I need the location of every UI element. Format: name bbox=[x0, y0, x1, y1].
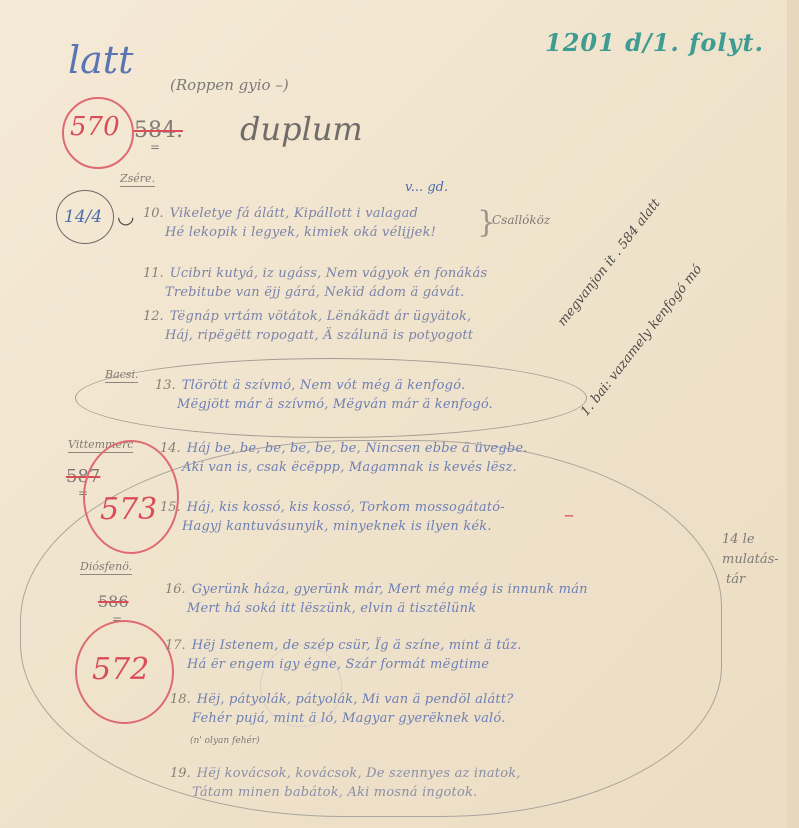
double-underline: = bbox=[150, 140, 160, 154]
verse-12: 12.Tëgnáp vrtám vötátok, Lënákädt ár ügy… bbox=[143, 305, 473, 343]
verse-16: 16.Gyerünk háza, gyerünk már, Mert még m… bbox=[165, 578, 588, 616]
right-margin-note: 14 le mulatás- tár bbox=[722, 530, 779, 590]
circled-number-573: 573 bbox=[100, 492, 157, 527]
crossed-number-586: 586 bbox=[98, 592, 129, 611]
top-left-note: latt bbox=[68, 38, 133, 82]
verse-11: 11.Ucibri kutyá, iz ugáss, Nem vágyok én… bbox=[143, 262, 487, 300]
verse-15: 15.Háj, kis kossó, kis kossó, Torkom mos… bbox=[160, 496, 505, 534]
circled-number: 570 bbox=[70, 112, 120, 142]
smile-mark: ◡ bbox=[117, 204, 134, 228]
duplum-note: duplum bbox=[240, 110, 363, 148]
section-label-zsere: Zsére. bbox=[120, 172, 155, 187]
verse-18: 18.Hëj, pátyolák, pátyolák, Mi van ä pen… bbox=[170, 688, 513, 726]
section-label-diosfeno: Diósfenö. bbox=[80, 560, 132, 575]
verse-18-aside: (n' olyan fehér) bbox=[190, 736, 260, 746]
red-dash-mark: – bbox=[564, 502, 574, 526]
verse-14: 14.Háj be, be, be, be, be, be, Nincsen e… bbox=[160, 437, 528, 475]
note-above: v... gd. bbox=[405, 180, 448, 195]
verse-10: 10.Vikeletye fá álátt, Kipállott i valag… bbox=[143, 202, 436, 240]
verse-19: 19.Hëj kovácsok, kovácsok, De szennyes a… bbox=[170, 762, 521, 800]
section-label-bacsi: Bacsi. bbox=[105, 368, 138, 383]
parenthetical-note: (Roppen gyio –) bbox=[170, 76, 289, 94]
circled-ref: 14/4 bbox=[64, 207, 102, 227]
archive-number: 1201 d/1. folyt. bbox=[545, 28, 764, 57]
faint-stamp bbox=[260, 645, 342, 727]
page-edge bbox=[787, 0, 799, 828]
verse-13: 13.Tlörött ä szívmó, Nem vót még ä kenfo… bbox=[155, 374, 493, 412]
bracket-note: Csallóköz bbox=[492, 213, 550, 227]
circled-number-572: 572 bbox=[92, 652, 149, 687]
verse-17: 17.Hëj Istenem, de szép csür, Ïg ä színe… bbox=[165, 634, 522, 672]
